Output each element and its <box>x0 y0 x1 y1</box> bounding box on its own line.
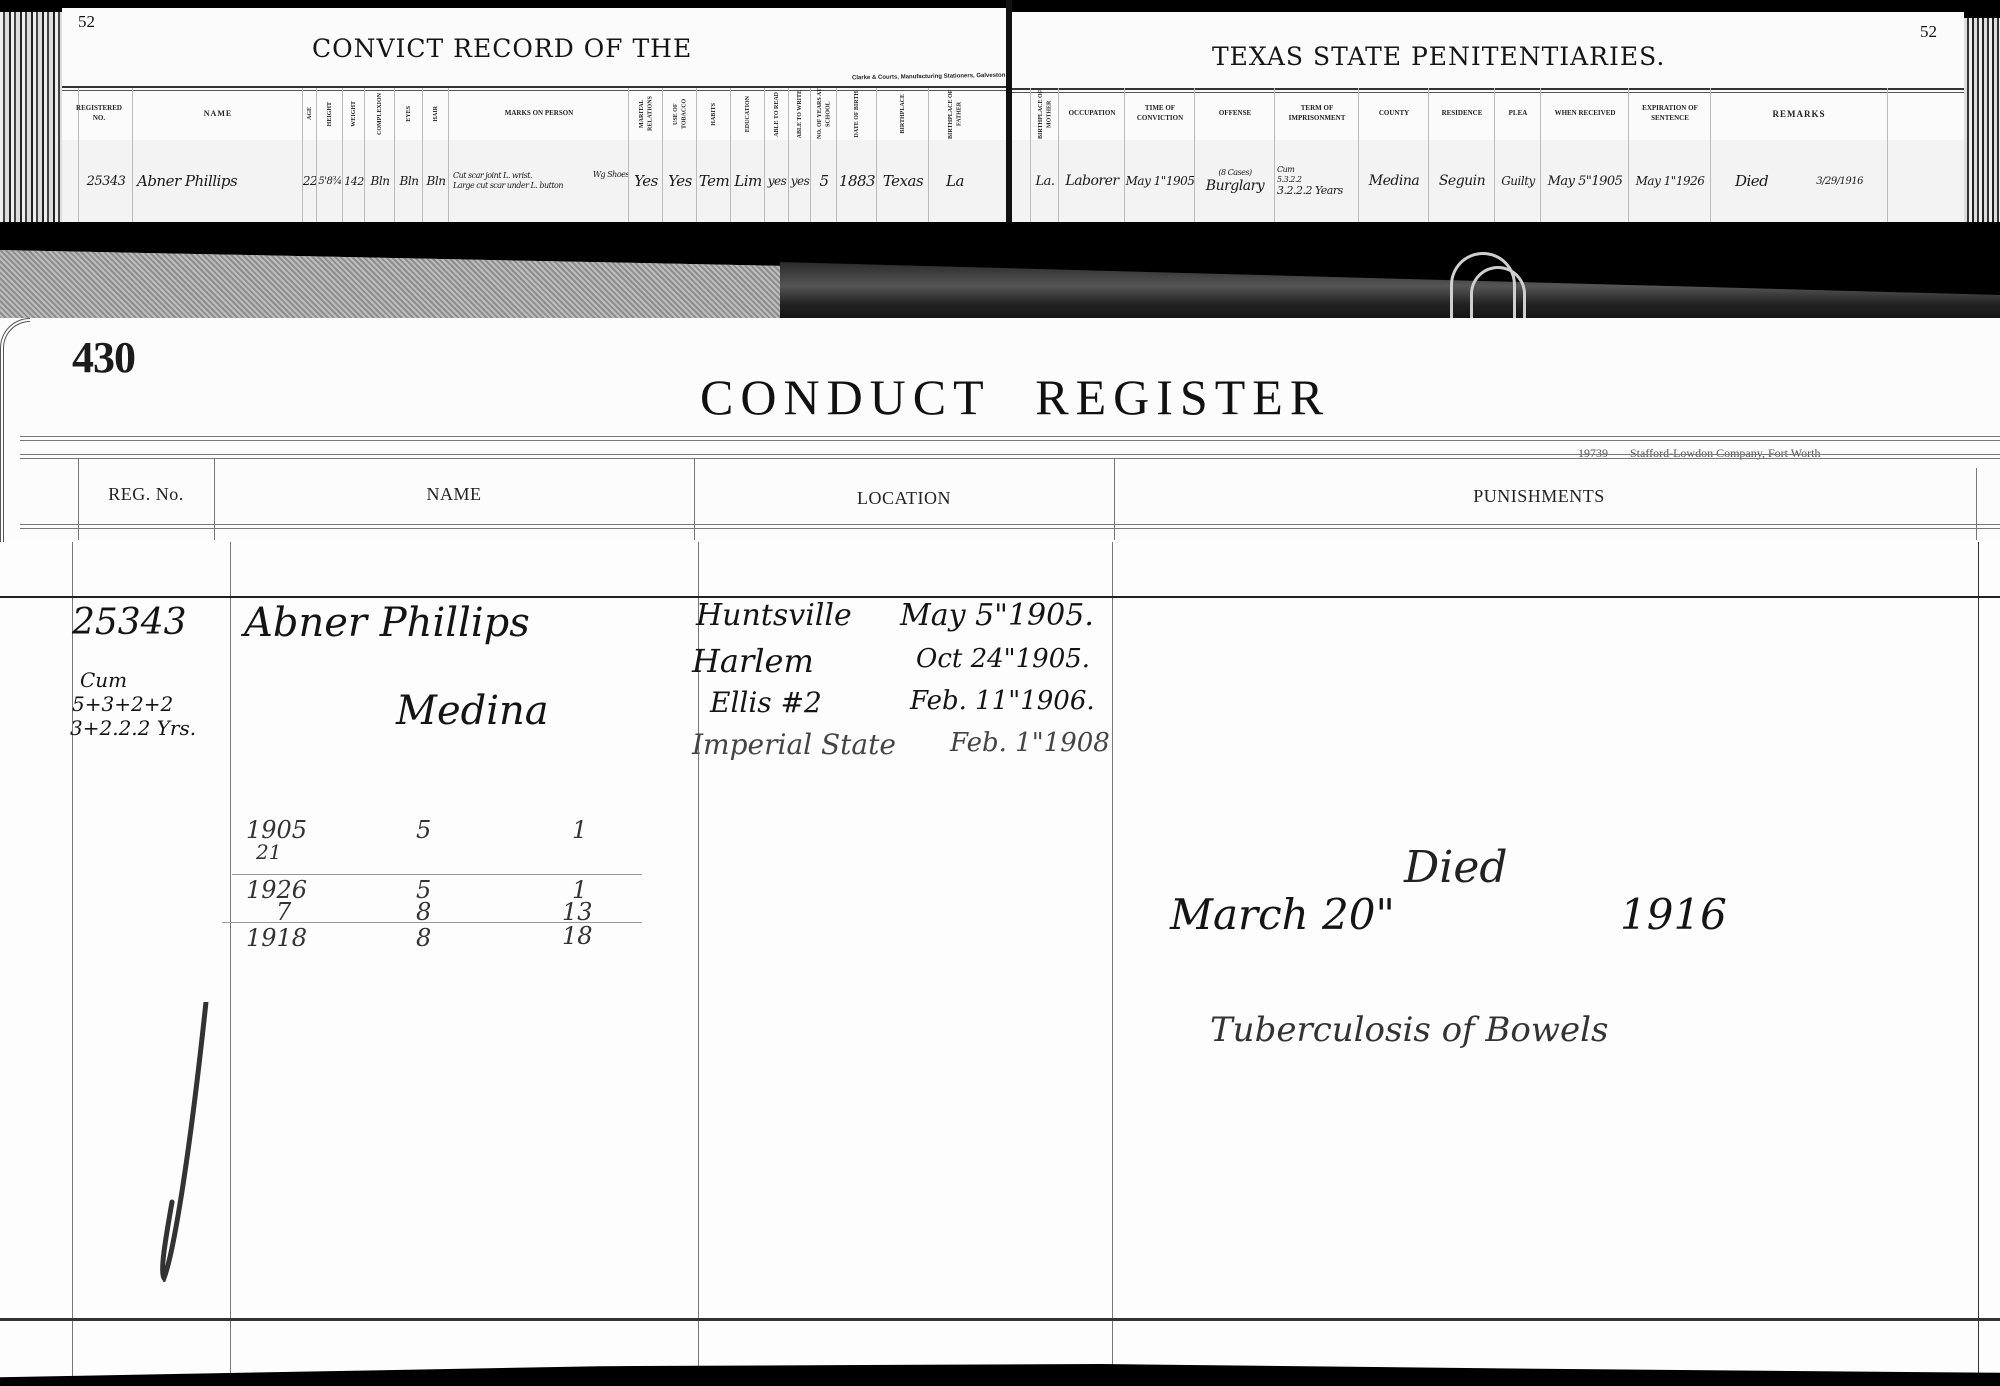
time-month-5: 8 <box>416 924 431 952</box>
col-occupation: OCCUPATION <box>1069 109 1116 119</box>
col-divider <box>230 542 231 1386</box>
cell-birthplace-mother: La. <box>1035 174 1054 189</box>
location-place-1: Huntsville <box>696 598 852 633</box>
cell-occupation: Laborer <box>1065 173 1118 189</box>
time-year-5: 1918 <box>246 924 307 952</box>
cell-registered-no: 25343 <box>87 174 126 189</box>
cell-term-note-1: Cum <box>1277 165 1294 175</box>
cell-age: 22 <box>303 174 317 188</box>
col-divider <box>1976 468 1977 540</box>
time-day-1: 1 <box>572 816 587 844</box>
col-expiration-of-sentence: EXPIRATION OF SENTENCE <box>1629 104 1711 124</box>
cell-residence: Seguin <box>1439 173 1485 189</box>
location-date-2: Oct 24"1905. <box>916 644 1090 674</box>
col-use-of-tobacco: Use of Tobacco <box>672 88 689 140</box>
cell-county: Medina <box>1369 173 1419 189</box>
col-birthplace: Birthplace <box>899 94 907 133</box>
punishment-died: Died <box>1404 842 1508 893</box>
location-date-1: May 5"1905. <box>900 598 1094 633</box>
register-body: 25343 Cum 5+3+2+2 3+2.2.2 Yrs. Abner Phi… <box>0 542 2000 1386</box>
page-number-left: 52 <box>78 12 95 32</box>
location-place-3: Ellis #2 <box>710 686 822 719</box>
convict-record-header-left: Registered No. NAME Age Height Weight Co… <box>62 88 1006 140</box>
punishment-death-month: March 20" <box>1170 890 1395 939</box>
cell-hair: Bln <box>427 174 446 188</box>
cell-height: 5'8¾ <box>318 176 341 187</box>
reg-no-value: 25343 <box>72 602 187 643</box>
col-name: NAME <box>204 108 232 119</box>
time-day-5: 18 <box>562 922 593 950</box>
col-marital-relations: Marital Relations <box>638 88 655 140</box>
convict-record-row-left: 25343 Abner Phillips 22 5'8¾ 142 Bln Bln… <box>62 140 1006 222</box>
header-name: NAME <box>214 438 694 550</box>
cell-offense: Burglary <box>1206 178 1264 194</box>
cell-complexion: Bln <box>371 174 390 188</box>
cell-education: Lim <box>734 172 761 190</box>
col-height: Height <box>326 102 334 126</box>
convict-record-strip: 52 CONVICT RECORD OF THE Clarke & Courts… <box>0 0 2000 222</box>
page-curl <box>0 318 30 552</box>
cell-birthplace-father: La <box>946 172 964 190</box>
col-divider <box>72 542 73 1386</box>
col-able-to-write: Able to Write <box>796 90 804 138</box>
reg-term-note-2: 5+3+2+2 <box>72 692 173 716</box>
col-remarks: REMARKS <box>1772 108 1825 121</box>
col-hair: Hair <box>432 106 440 122</box>
convict-record-imprint: Clarke & Courts, Manufacturing Stationer… <box>852 73 1005 82</box>
col-divider <box>1978 542 1979 1386</box>
col-habits: Habits <box>710 103 718 126</box>
convict-record-title-right: TEXAS STATE PENITENTIARIES. <box>1212 42 1665 71</box>
col-date-of-birth: Date of Birth <box>853 91 861 137</box>
location-place-2: Harlem <box>692 642 814 680</box>
cell-when-received: May 5"1905 <box>1548 174 1623 189</box>
col-able-to-read: Able to Read <box>773 92 781 137</box>
cell-weight: 142 <box>344 175 364 188</box>
binding-tape <box>780 262 2000 322</box>
cell-term-of-imprisonment: 3.2.2.2 Years <box>1277 184 1343 197</box>
inmate-county: Medina <box>396 688 549 734</box>
col-divider <box>1112 542 1113 1386</box>
page-bottom-rule <box>0 1318 2000 1321</box>
sum-rule <box>232 874 642 875</box>
location-date-3: Feb. 11"1906. <box>910 686 1095 716</box>
location-date-4: Feb. 1"1908 <box>950 728 1110 758</box>
col-residence: RESIDENCE <box>1442 109 1483 119</box>
register-page-number: 430 <box>72 332 135 383</box>
cell-plea: Guilty <box>1501 174 1535 188</box>
col-registered-no: Registered No. <box>76 104 122 124</box>
punishment-death-year: 1916 <box>1620 890 1727 939</box>
col-years-at-school: No. of Years at School <box>816 88 833 140</box>
conduct-register-page: 430 CONDUCT REGISTER 19739Stafford-Lowdo… <box>0 318 2000 1386</box>
col-time-of-conviction: TIME OF CONVICTION <box>1125 104 1195 124</box>
cell-able-to-read: yes <box>768 174 787 188</box>
reg-term-note-1: Cum <box>80 668 127 692</box>
cell-remarks: Died <box>1735 172 1768 190</box>
cell-time-of-conviction: May 1"1905 <box>1126 174 1195 188</box>
page-number-right: 52 <box>1920 22 1937 42</box>
page-edges-left <box>0 12 62 222</box>
cell-offense-note: (8 Cases) <box>1218 168 1251 178</box>
cell-habits: Tem <box>699 172 729 190</box>
book-binding <box>0 222 2000 322</box>
cell-marks-line1: Cut scar joint L. wrist. <box>453 171 532 181</box>
binding-thread <box>1470 266 1526 325</box>
cell-marital-relations: Yes <box>634 172 658 190</box>
cell-years-at-school: 5 <box>819 172 828 190</box>
col-marks-on-person: MARKS ON PERSON <box>505 109 573 119</box>
cell-expiration-of-sentence: May 1"1926 <box>1636 174 1705 188</box>
binding-cloth <box>0 250 780 322</box>
cell-marks-line2: Large cut scar under L. button <box>453 181 563 191</box>
cell-eyes: Bln <box>400 174 419 188</box>
cell-marks-extra: Wg Shoes <box>593 170 629 180</box>
register-title: CONDUCT REGISTER <box>700 368 1330 426</box>
col-age: Age <box>306 107 314 120</box>
col-county: COUNTY <box>1379 109 1409 119</box>
cell-able-to-write: yes <box>791 174 810 188</box>
punishment-cause-of-death: Tuberculosis of Bowels <box>1210 1010 1608 1050</box>
header-location: LOCATION <box>694 442 1114 554</box>
convict-record-title-left: CONVICT RECORD OF THE <box>312 34 692 63</box>
checkmark-icon <box>150 1002 210 1282</box>
col-weight: Weight <box>350 101 358 127</box>
col-education: Education <box>744 96 752 132</box>
cell-name: Abner Phillips <box>137 172 237 190</box>
cell-birthplace: Texas <box>883 172 923 190</box>
col-plea: PLEA <box>1509 109 1528 119</box>
header-punishments: PUNISHMENTS <box>1114 440 1964 552</box>
cell-remarks-date: 3/29/1916 <box>1816 176 1863 187</box>
cell-term-note-2: 5.3.2.2 <box>1277 175 1302 185</box>
register-rule-header-bottom <box>20 524 2000 529</box>
col-when-received: WHEN RECEIVED <box>1555 109 1616 119</box>
col-term-of-imprisonment: TERM OF IMPRISONMENT <box>1275 104 1359 124</box>
cell-use-of-tobacco: Yes <box>668 172 692 190</box>
cell-date-of-birth: 1883 <box>839 172 875 190</box>
page-edges-right <box>1964 18 2000 222</box>
col-complexion: Complexion <box>376 93 384 135</box>
col-birthplace-mother: Birthplace of Mother <box>1037 88 1054 140</box>
col-birthplace-father: Birthplace of Father <box>947 88 964 140</box>
header-reg-no: REG. No. <box>78 438 214 550</box>
col-eyes: Eyes <box>405 106 413 122</box>
time-month-1: 5 <box>416 816 431 844</box>
time-year-2: 21 <box>256 840 281 864</box>
col-offense: OFFENSE <box>1219 109 1251 119</box>
inmate-name: Abner Phillips <box>244 600 530 646</box>
convict-record-row-right: La. Laborer May 1"1905 (8 Cases) Burglar… <box>1012 140 1964 222</box>
convict-record-header-right: Birthplace of Mother OCCUPATION TIME OF … <box>1012 88 1964 140</box>
location-place-4: Imperial State <box>692 728 896 761</box>
reg-term-note-3: 3+2.2.2 Yrs. <box>70 716 196 740</box>
